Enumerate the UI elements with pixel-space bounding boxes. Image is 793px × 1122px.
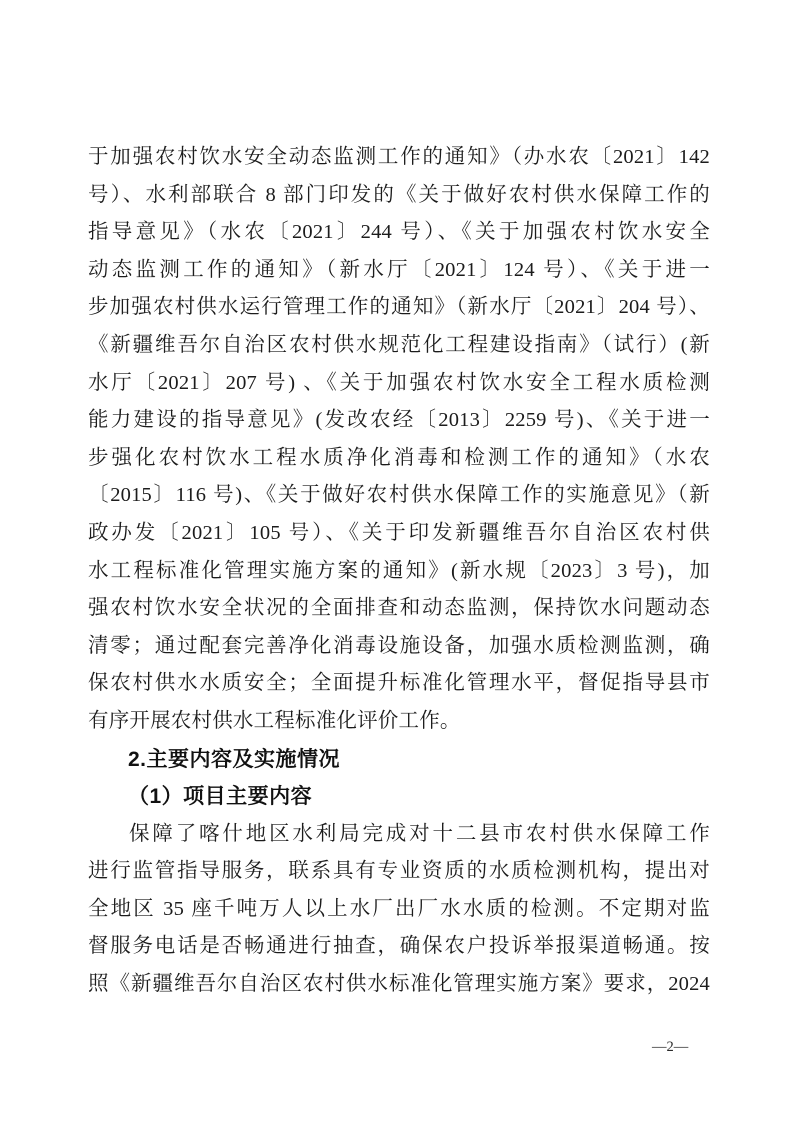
body-line: 动态监测工作的通知》（新水厅〔2021〕124 号）、《关于进一 <box>88 252 710 290</box>
body-line: 步强化农村饮水工程水质净化消毒和检测工作的通知》（水农 <box>88 440 710 478</box>
body-line: 政办发〔2021〕105 号）、《关于印发新疆维吾尔自治区农村供 <box>88 515 710 553</box>
body-line: 督服务电话是否畅通进行抽查，确保农户投诉举报渠道畅通。按 <box>88 928 710 966</box>
section-heading: 2.主要内容及实施情况 <box>88 741 710 779</box>
body-line: 全地区 35 座千吨万人以上水厂出厂水水质的检测。不定期对监 <box>88 891 710 929</box>
subsection-heading: （1）项目主要内容 <box>88 778 710 816</box>
body-line: 步加强农村供水运行管理工作的通知》（新水厅〔2021〕204 号）、 <box>88 289 710 327</box>
page-number: —2— <box>652 1038 702 1056</box>
body-line: 强农村饮水安全状况的全面排查和动态监测，保持饮水问题动态 <box>88 590 710 628</box>
document-body: 于加强农村饮水安全动态监测工作的通知》（办水农〔2021〕142 号）、水利部联… <box>88 139 710 1004</box>
body-line: 〔2015〕116 号)、《关于做好农村供水保障工作的实施意见》（新 <box>88 477 710 515</box>
body-line: 于加强农村饮水安全动态监测工作的通知》（办水农〔2021〕142 <box>88 139 710 177</box>
body-line: 能力建设的指导意见》(发改农经〔2013〕2259 号)、《关于进一 <box>88 402 710 440</box>
body-line: 照《新疆维吾尔自治区农村供水标准化管理实施方案》要求，2024 <box>88 966 710 1004</box>
body-line: 保农村供水水质安全；全面提升标准化管理水平，督促指导县市 <box>88 665 710 703</box>
body-line: 保障了喀什地区水利局完成对十二县市农村供水保障工作 <box>88 816 710 854</box>
body-line: 有序开展农村供水工程标准化评价工作。 <box>88 703 710 741</box>
body-line: 清零；通过配套完善净化消毒设施设备，加强水质检测监测，确 <box>88 628 710 666</box>
document-page: 于加强农村饮水安全动态监测工作的通知》（办水农〔2021〕142 号）、水利部联… <box>0 0 793 1122</box>
body-line: 号）、水利部联合 8 部门印发的《关于做好农村供水保障工作的 <box>88 177 710 215</box>
body-line: 水厅〔2021〕207 号) 、《关于加强农村饮水安全工程水质检测 <box>88 365 710 403</box>
body-line: 进行监管指导服务，联系具有专业资质的水质检测机构，提出对 <box>88 853 710 891</box>
body-line: 指导意见》（水农〔2021〕244 号）、《关于加强农村饮水安全 <box>88 214 710 252</box>
body-line: 《新疆维吾尔自治区农村供水规范化工程建设指南》（试行）(新 <box>88 327 710 365</box>
body-line: 水工程标准化管理实施方案的通知》(新水规〔2023〕3 号)，加 <box>88 553 710 591</box>
